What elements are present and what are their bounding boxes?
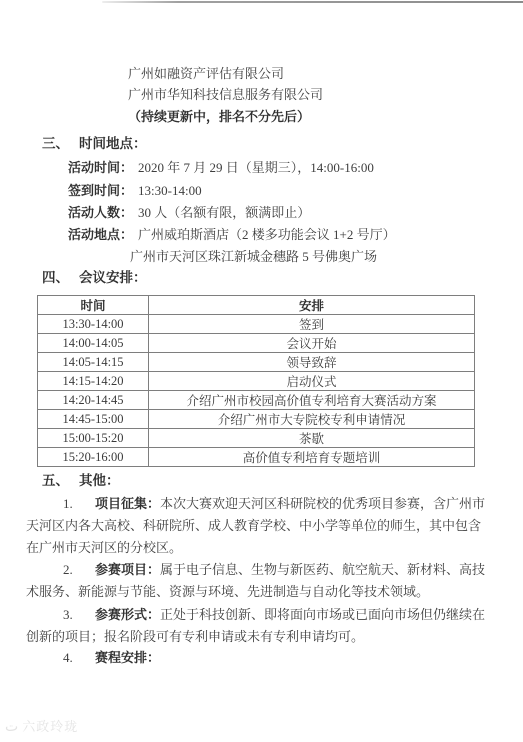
item-number: 3. [63,607,95,623]
detail-label: 签到时间： [68,183,133,198]
table-row: 15:20-16:00 高价值专利培育专题培训 [38,448,475,467]
detail-headcount: 活动人数：30 人（名额有限，额满即止） [68,205,310,221]
detail-label: 活动地点： [68,227,133,242]
section4-heading: 四、会议安排： [42,270,147,286]
section5-title: 其他： [79,473,120,488]
item-label: 项目征集： [95,496,160,511]
item-entry-form-line1: 3.参赛形式：正处于科技创新、即将面向市场或已面向市场但仍继续在 [63,607,485,623]
detail-value: 30 人（名额有限，额满即止） [138,205,310,220]
item-schedule-heading: 4.赛程安排： [63,650,160,666]
cell-time: 13:30-14:00 [38,315,149,334]
table-row: 13:30-14:00 签到 [38,315,475,334]
detail-venue: 活动地点：广州威珀斯酒店（2 楼多功能会议 1+2 号厅） [68,227,396,243]
update-note: （持续更新中，排名不分先后） [128,109,310,125]
section5-heading: 五、其他： [42,473,120,489]
item-text: 本次大赛欢迎天河区科研院校的优秀项目参赛，含广州市 [160,496,485,511]
section3-heading: 三、时间地点： [42,136,147,152]
watermark-text: 六政玲珑 [22,720,78,735]
detail-value: 13:30-14:00 [138,183,202,198]
item-project-collection-line1: 1.项目征集：本次大赛欢迎天河区科研院校的优秀项目参赛，含广州市 [63,496,485,512]
item-label: 参赛项目： [95,562,160,577]
detail-activity-time: 活动时间：2020 年 7 月 29 日（星期三），14:00-16:00 [68,160,374,176]
meeting-schedule-table: 时间 安排 13:30-14:00 签到 14:00-14:05 会议开始 14… [37,295,475,467]
table-row: 14:20-14:45 介绍广州市校园高价值专利培育大赛活动方案 [38,391,475,410]
table-row: 14:15-14:20 启动仪式 [38,372,475,391]
detail-signin-time: 签到时间：13:30-14:00 [68,183,202,199]
item-project-collection-line3: 在广州市天河区的分校区。 [26,540,182,556]
section4-number: 四、 [42,270,69,285]
detail-value: 广州威珀斯酒店（2 楼多功能会议 1+2 号厅） [138,227,396,242]
cell-time: 15:00-15:20 [38,429,149,448]
cell-plan: 领导致辞 [149,353,475,372]
item-label: 赛程安排： [95,650,160,665]
cell-time: 14:00-14:05 [38,334,149,353]
watermark: ت六政玲珑 [5,719,78,736]
cell-time: 14:20-14:45 [38,391,149,410]
table-header-row: 时间 安排 [38,296,475,315]
cell-time: 14:15-14:20 [38,372,149,391]
section5-number: 五、 [42,473,69,488]
venue-address-line2: 广州市天河区珠江新城金穗路 5 号佛奥广场 [130,249,377,265]
section3-title: 时间地点： [79,136,147,151]
cell-plan: 高价值专利培育专题培训 [149,448,475,467]
cell-plan: 茶歇 [149,429,475,448]
detail-label: 活动时间： [68,160,133,175]
cell-plan: 会议开始 [149,334,475,353]
item-entry-form-line2: 创新的项目；报名阶段可有专利申请或未有专利申请均可。 [26,629,364,645]
cell-time: 14:05-14:15 [38,353,149,372]
scan-artifact-top-line [102,1,523,3]
section4-title: 会议安排： [79,270,147,285]
item-text: 正处于科技创新、即将面向市场或已面向市场但仍继续在 [160,607,485,622]
col-header-plan: 安排 [149,296,475,315]
table-row: 15:00-15:20 茶歇 [38,429,475,448]
item-number: 1. [63,496,95,512]
table-row: 14:00-14:05 会议开始 [38,334,475,353]
item-text: 属于电子信息、生物与新医药、航空航天、新材料、高技 [160,562,485,577]
item-label: 参赛形式： [95,607,160,622]
detail-value: 2020 年 7 月 29 日（星期三），14:00-16:00 [138,160,374,175]
item-number: 4. [63,650,95,666]
cell-plan: 启动仪式 [149,372,475,391]
company-name-line: 广州如融资产评估有限公司 [128,66,284,82]
table-row: 14:05-14:15 领导致辞 [38,353,475,372]
item-number: 2. [63,562,95,578]
item-entry-fields-line2: 术服务、新能源与节能、资源与环境、先进制造与自动化等技术领域。 [26,584,429,600]
cell-time: 14:45-15:00 [38,410,149,429]
document-page: 广州如融资产评估有限公司 广州市华知科技信息服务有限公司 （持续更新中，排名不分… [0,0,523,742]
item-entry-fields-line1: 2.参赛项目：属于电子信息、生物与新医药、航空航天、新材料、高技 [63,562,485,578]
cell-plan: 介绍广州市大专院校专利申请情况 [149,410,475,429]
section3-number: 三、 [42,136,69,151]
company-name-line: 广州市华知科技信息服务有限公司 [128,87,323,103]
detail-label: 活动人数： [68,205,133,220]
table-row: 14:45-15:00 介绍广州市大专院校专利申请情况 [38,410,475,429]
cell-time: 15:20-16:00 [38,448,149,467]
watermark-logo-icon: ت [5,719,18,735]
item-project-collection-line2: 天河区内各大高校、科研院所、成人教育学校、中小学等单位的师生，其中包含 [26,518,481,534]
col-header-time: 时间 [38,296,149,315]
cell-plan: 签到 [149,315,475,334]
cell-plan: 介绍广州市校园高价值专利培育大赛活动方案 [149,391,475,410]
